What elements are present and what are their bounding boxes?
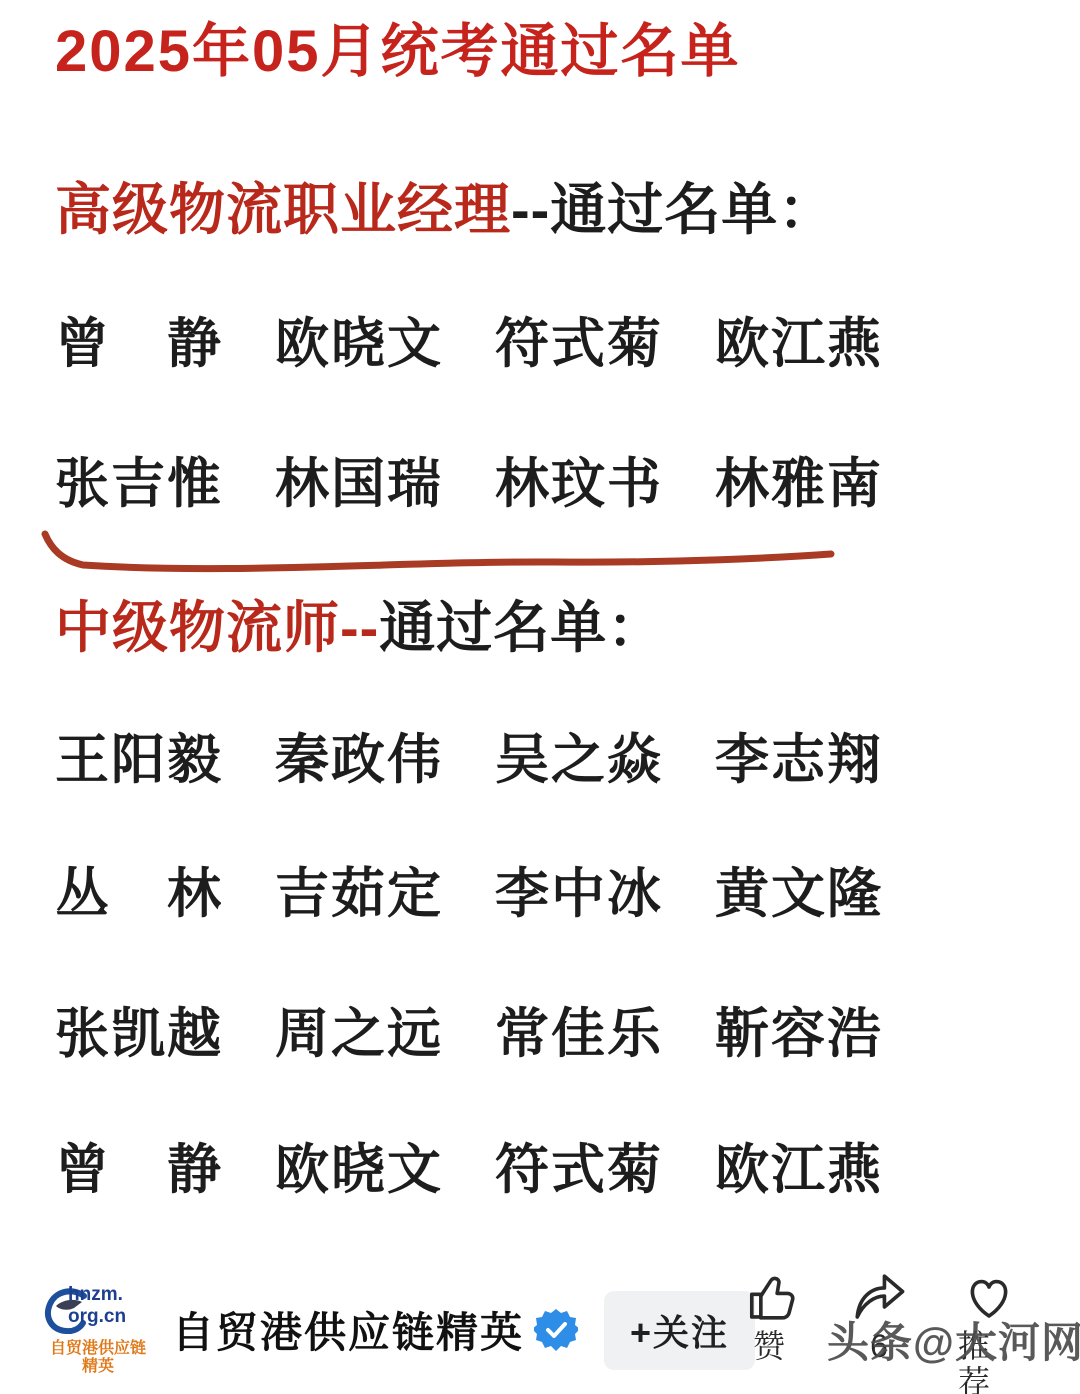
- name-row: 丛 林 吉茹定 李中冰 黄文隆: [55, 864, 1080, 924]
- name: 秦政伟: [275, 730, 443, 790]
- page-title: 2025年05月统考通过名单: [55, 18, 1080, 86]
- name: 欧晓文: [275, 314, 443, 374]
- like-button[interactable]: 赞: [738, 1268, 800, 1394]
- name: 欧晓文: [275, 1140, 443, 1200]
- toutiao-watermark: 头条@大河网: [827, 1310, 1080, 1370]
- name-row: 王阳毅 秦政伟 吴之焱 李志翔: [55, 730, 1080, 790]
- publisher-avatar[interactable]: hnzm. org.cn 自贸港供应链 精英: [42, 1278, 154, 1382]
- name: 林雅南: [715, 454, 883, 514]
- post-footer-bar: hnzm. org.cn 自贸港供应链 精英 自贸港供应链精英 +关注 赞 6: [42, 1274, 1080, 1386]
- name: 欧江燕: [715, 314, 883, 374]
- name: 张吉惟: [55, 454, 223, 514]
- name: 王阳毅: [55, 730, 223, 790]
- like-label: 赞: [753, 1328, 785, 1364]
- name: 曾 静: [55, 314, 223, 374]
- name: 吴之焱: [495, 730, 663, 790]
- hand-drawn-underline: [35, 528, 845, 582]
- name: 林国瑞: [275, 454, 443, 514]
- name-row: 曾 静 欧晓文 符式菊 欧江燕: [55, 1140, 1080, 1200]
- name: 欧江燕: [715, 1140, 883, 1200]
- name: 周之远: [275, 1004, 443, 1064]
- name: 李中冰: [495, 864, 663, 924]
- logo-url-text: hnzm. org.cn: [68, 1284, 126, 1328]
- section-heading-red-part: 中级物流师--: [55, 596, 379, 659]
- name-row: 曾 静 欧晓文 符式菊 欧江燕: [55, 314, 1080, 374]
- follow-button[interactable]: +关注: [604, 1291, 755, 1370]
- name: 张凯越: [55, 1004, 223, 1064]
- thumbs-up-icon: [740, 1268, 798, 1326]
- post-image-content: 2025年05月统考通过名单 高级物流职业经理--通过名单： 曾 静 欧晓文 符…: [0, 0, 1080, 1200]
- name-row: 张凯越 周之远 常佳乐 靳容浩: [55, 1004, 1080, 1064]
- logo-cn-text: 自贸港供应链 精英: [50, 1340, 146, 1376]
- name: 常佳乐: [495, 1004, 663, 1064]
- publisher-name[interactable]: 自贸港供应链精英: [172, 1300, 524, 1360]
- section-heading-black-part: --通过名单：: [511, 178, 835, 241]
- name: 李志翔: [715, 730, 883, 790]
- name: 符式菊: [495, 1140, 663, 1200]
- name-row: 张吉惟 林国瑞 林玟书 林雅南: [55, 454, 1080, 514]
- name: 曾 静: [55, 1140, 223, 1200]
- section-heading-intermediate: 中级物流师--通过名单：: [55, 596, 1080, 660]
- section-heading-black-part: 通过名单：: [379, 596, 664, 659]
- name: 靳容浩: [715, 1004, 883, 1064]
- name: 吉茹定: [275, 864, 443, 924]
- section-heading-red-part: 高级物流职业经理: [55, 178, 511, 241]
- name: 林玟书: [495, 454, 663, 514]
- verified-badge-icon: [534, 1308, 578, 1352]
- name: 丛 林: [55, 864, 223, 924]
- name: 黄文隆: [715, 864, 883, 924]
- publisher-logo-mark: hnzm. org.cn: [44, 1284, 152, 1336]
- section-heading-senior: 高级物流职业经理--通过名单：: [55, 178, 1080, 242]
- name: 符式菊: [495, 314, 663, 374]
